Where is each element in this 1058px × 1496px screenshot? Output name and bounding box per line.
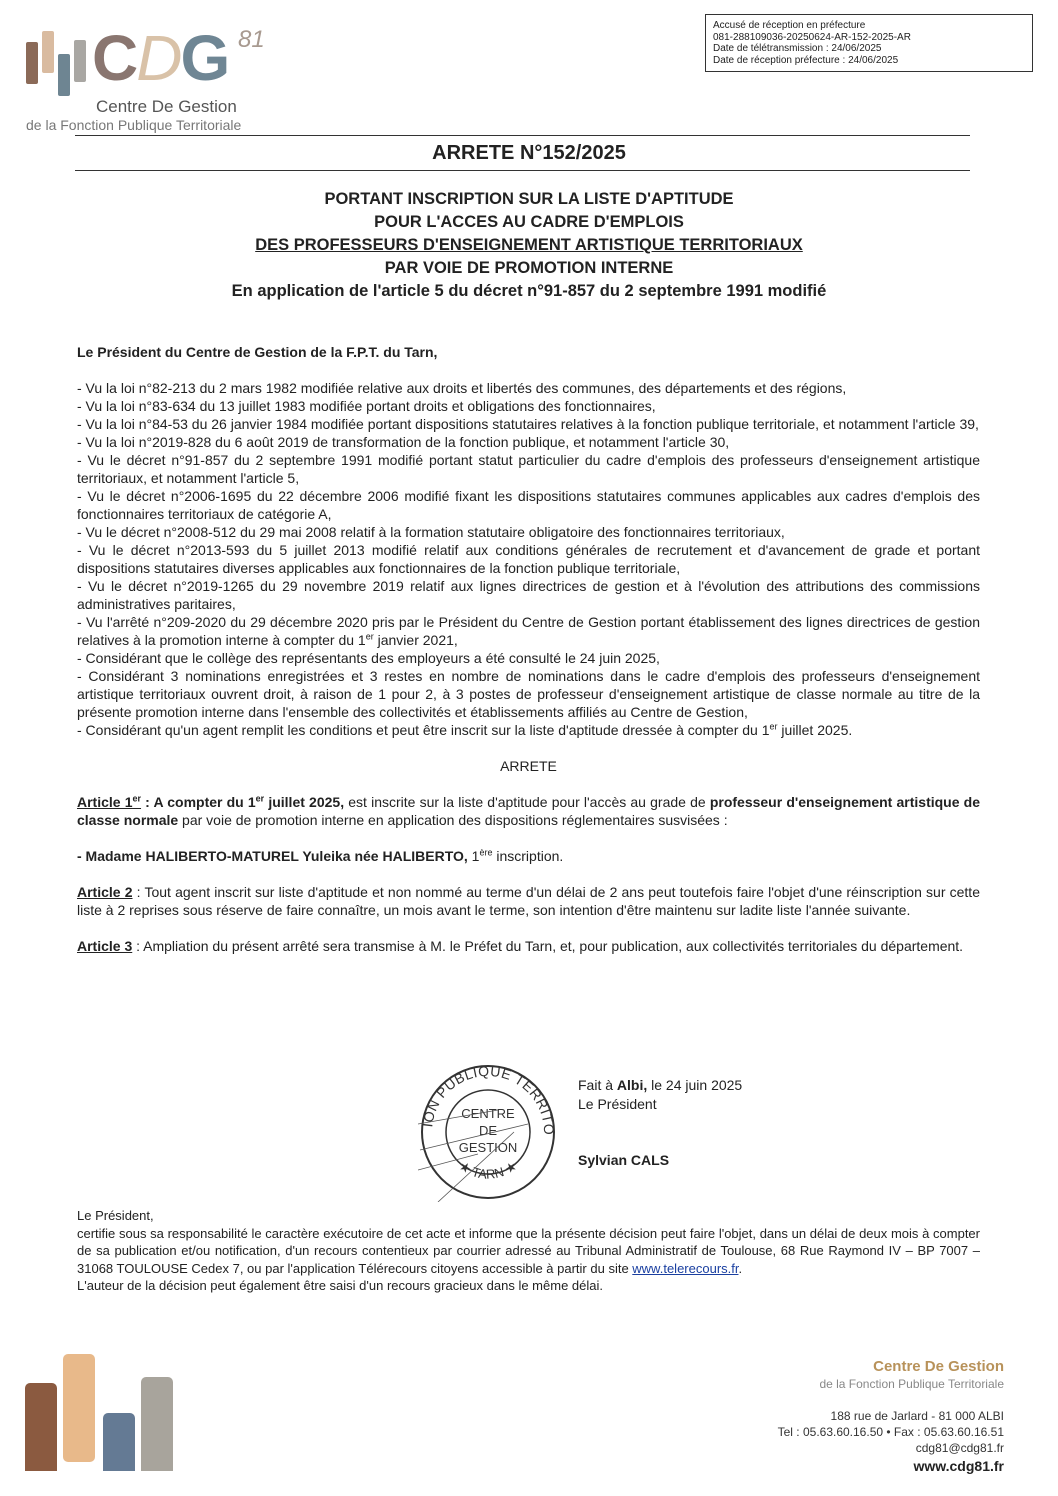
footer-org-subtitle: de la Fonction Publique Territoriale bbox=[819, 1377, 1004, 1391]
subtitle-line: DES PROFESSEURS D'ENSEIGNEMENT ARTISTIQU… bbox=[0, 234, 1058, 257]
logo-letter-d: D bbox=[136, 22, 180, 94]
svg-text:GESTION: GESTION bbox=[459, 1140, 518, 1155]
svg-text:CENTRE: CENTRE bbox=[461, 1106, 515, 1121]
footer-bar-2 bbox=[63, 1354, 95, 1462]
article-1-label: Article 1er bbox=[77, 794, 141, 810]
signature-prefix: Fait à bbox=[578, 1077, 617, 1093]
article-1-text-end: par voie de promotion interne en applica… bbox=[178, 812, 727, 828]
subtitle-line: PORTANT INSCRIPTION SUR LA LISTE D'APTIT… bbox=[0, 188, 1058, 211]
certification-heading: Le Président, bbox=[77, 1207, 980, 1225]
logo-bar-1 bbox=[26, 42, 38, 84]
visa-item: - Considérant qu'un agent remplit les co… bbox=[77, 721, 980, 739]
document-body: Le Président du Centre de Gestion de la … bbox=[77, 343, 980, 955]
divider bbox=[75, 170, 970, 171]
visas-list: - Vu la loi n°82-213 du 2 mars 1982 modi… bbox=[77, 379, 980, 739]
visa-item: - Vu le décret n°2013-593 du 5 juillet 2… bbox=[77, 541, 980, 577]
logo-name: Centre De Gestion bbox=[96, 97, 237, 117]
signature-place: Albi, bbox=[617, 1077, 647, 1093]
logo-letter-g: G bbox=[180, 22, 228, 94]
article-2-text: : Tout agent inscrit sur liste d'aptitud… bbox=[77, 884, 980, 918]
footer-bar-4 bbox=[141, 1377, 173, 1471]
article-1-lead: A compter du 1er juillet 2025, bbox=[153, 794, 344, 810]
visa-item: - Vu le décret n°2006-1695 du 22 décembr… bbox=[77, 487, 980, 523]
article-3-text: : Ampliation du présent arrêté sera tran… bbox=[132, 938, 963, 954]
footer-website[interactable]: www.cdg81.fr bbox=[913, 1458, 1004, 1474]
person-name: - Madame HALIBERTO-MATUREL Yuleika née H… bbox=[77, 848, 468, 864]
signature-name: Sylvian CALS bbox=[578, 1152, 669, 1168]
certification-body: certifie sous sa responsabilité le carac… bbox=[77, 1226, 980, 1276]
visa-item: - Considérant 3 nominations enregistrées… bbox=[77, 667, 980, 721]
receipt-reception-date: Date de réception préfecture : 24/06/202… bbox=[713, 55, 1032, 67]
visa-item: - Vu la loi n°2019-828 du 6 août 2019 de… bbox=[77, 433, 980, 451]
visa-item: - Vu le décret n°2008-512 du 29 mai 2008… bbox=[77, 523, 980, 541]
subtitle-line: PAR VOIE DE PROMOTION INTERNE bbox=[0, 257, 1058, 280]
page-title: ARRETE N°152/2025 bbox=[0, 142, 1058, 165]
logo-bar-4 bbox=[74, 40, 86, 82]
signature-role: Le Président bbox=[578, 1096, 657, 1112]
article-3: Article 3 : Ampliation du présent arrêté… bbox=[77, 937, 980, 955]
subtitle-line: En application de l'article 5 du décret … bbox=[0, 280, 1058, 303]
visa-item: - Vu la loi n°83-634 du 13 juillet 1983 … bbox=[77, 397, 980, 415]
article-3-label: Article 3 bbox=[77, 938, 132, 954]
inscription-count: 1ère inscription. bbox=[472, 848, 564, 864]
logo-bar-2 bbox=[42, 31, 54, 73]
receipt-id: 081-288109036-20250624-AR-152-2025-AR bbox=[713, 32, 1032, 44]
footer-address: 188 rue de Jarlard - 81 000 ALBI bbox=[778, 1408, 1004, 1424]
certification-last-line: L'auteur de la décision peut également ê… bbox=[77, 1277, 980, 1295]
visa-item: - Vu la loi n°82-213 du 2 mars 1982 modi… bbox=[77, 379, 980, 397]
logo-bar-3 bbox=[58, 54, 70, 96]
certification-end: . bbox=[738, 1261, 742, 1276]
footer-bar-3 bbox=[103, 1413, 135, 1471]
visa-item: - Vu le décret n°2019-1265 du 29 novembr… bbox=[77, 577, 980, 613]
footer-org-name: Centre De Gestion bbox=[873, 1358, 1004, 1375]
certification-text: certifie sous sa responsabilité le carac… bbox=[77, 1225, 980, 1278]
article-2: Article 2 : Tout agent inscrit sur liste… bbox=[77, 883, 980, 919]
footer-bar-1 bbox=[25, 1383, 57, 1471]
signature-date: le 24 juin 2025 bbox=[647, 1077, 742, 1093]
visa-item: - Vu l'arrêté n°209-2020 du 29 décembre … bbox=[77, 613, 980, 649]
logo-superscript: 81 bbox=[238, 26, 265, 54]
intro-text: Le Président du Centre de Gestion de la … bbox=[77, 343, 980, 361]
article-1-person: - Madame HALIBERTO-MATUREL Yuleika née H… bbox=[77, 847, 980, 865]
subtitle-block: PORTANT INSCRIPTION SUR LA LISTE D'APTIT… bbox=[0, 188, 1058, 303]
receipt-transmission-date: Date de télétransmission : 24/06/2025 bbox=[713, 43, 1032, 55]
subtitle-line: POUR L'ACCES AU CADRE D'EMPLOIS bbox=[0, 211, 1058, 234]
visa-item: - Vu la loi n°84-53 du 26 janvier 1984 m… bbox=[77, 415, 980, 433]
signature-place-date: Fait à Albi, le 24 juin 2025 bbox=[578, 1077, 742, 1093]
prefecture-receipt-box: Accusé de réception en préfecture 081-28… bbox=[705, 14, 1033, 72]
footer-phone: Tel : 05.63.60.16.50 • Fax : 05.63.60.16… bbox=[778, 1424, 1004, 1440]
article-2-label: Article 2 bbox=[77, 884, 133, 900]
logo-subtitle: de la Fonction Publique Territoriale bbox=[26, 117, 241, 133]
divider bbox=[75, 135, 970, 136]
receipt-line: Accusé de réception en préfecture bbox=[713, 20, 1032, 32]
logo-letter-c: C bbox=[92, 22, 136, 94]
footer-contact: 188 rue de Jarlard - 81 000 ALBI Tel : 0… bbox=[778, 1408, 1004, 1456]
svg-text:DE: DE bbox=[479, 1123, 497, 1138]
certification-block: Le Président, certifie sous sa responsab… bbox=[77, 1207, 980, 1295]
article-1-text: est inscrite sur la liste d'aptitude pou… bbox=[344, 794, 710, 810]
telerecours-link[interactable]: www.telerecours.fr bbox=[632, 1261, 738, 1276]
visa-item: - Vu le décret n°91-857 du 2 septembre 1… bbox=[77, 451, 980, 487]
article-1: Article 1er : A compter du 1er juillet 2… bbox=[77, 793, 980, 829]
arrete-heading: ARRETE bbox=[77, 757, 980, 775]
svg-text:★ TARN ★: ★ TARN ★ bbox=[456, 1158, 519, 1182]
visa-item: - Considérant que le collège des représe… bbox=[77, 649, 980, 667]
logo-wordmark: CDG bbox=[92, 26, 228, 90]
footer-email[interactable]: cdg81@cdg81.fr bbox=[778, 1440, 1004, 1456]
official-stamp-icon: FONCTION PUBLIQUE TERRITORIALE ★ TARN ★ … bbox=[418, 1062, 558, 1202]
